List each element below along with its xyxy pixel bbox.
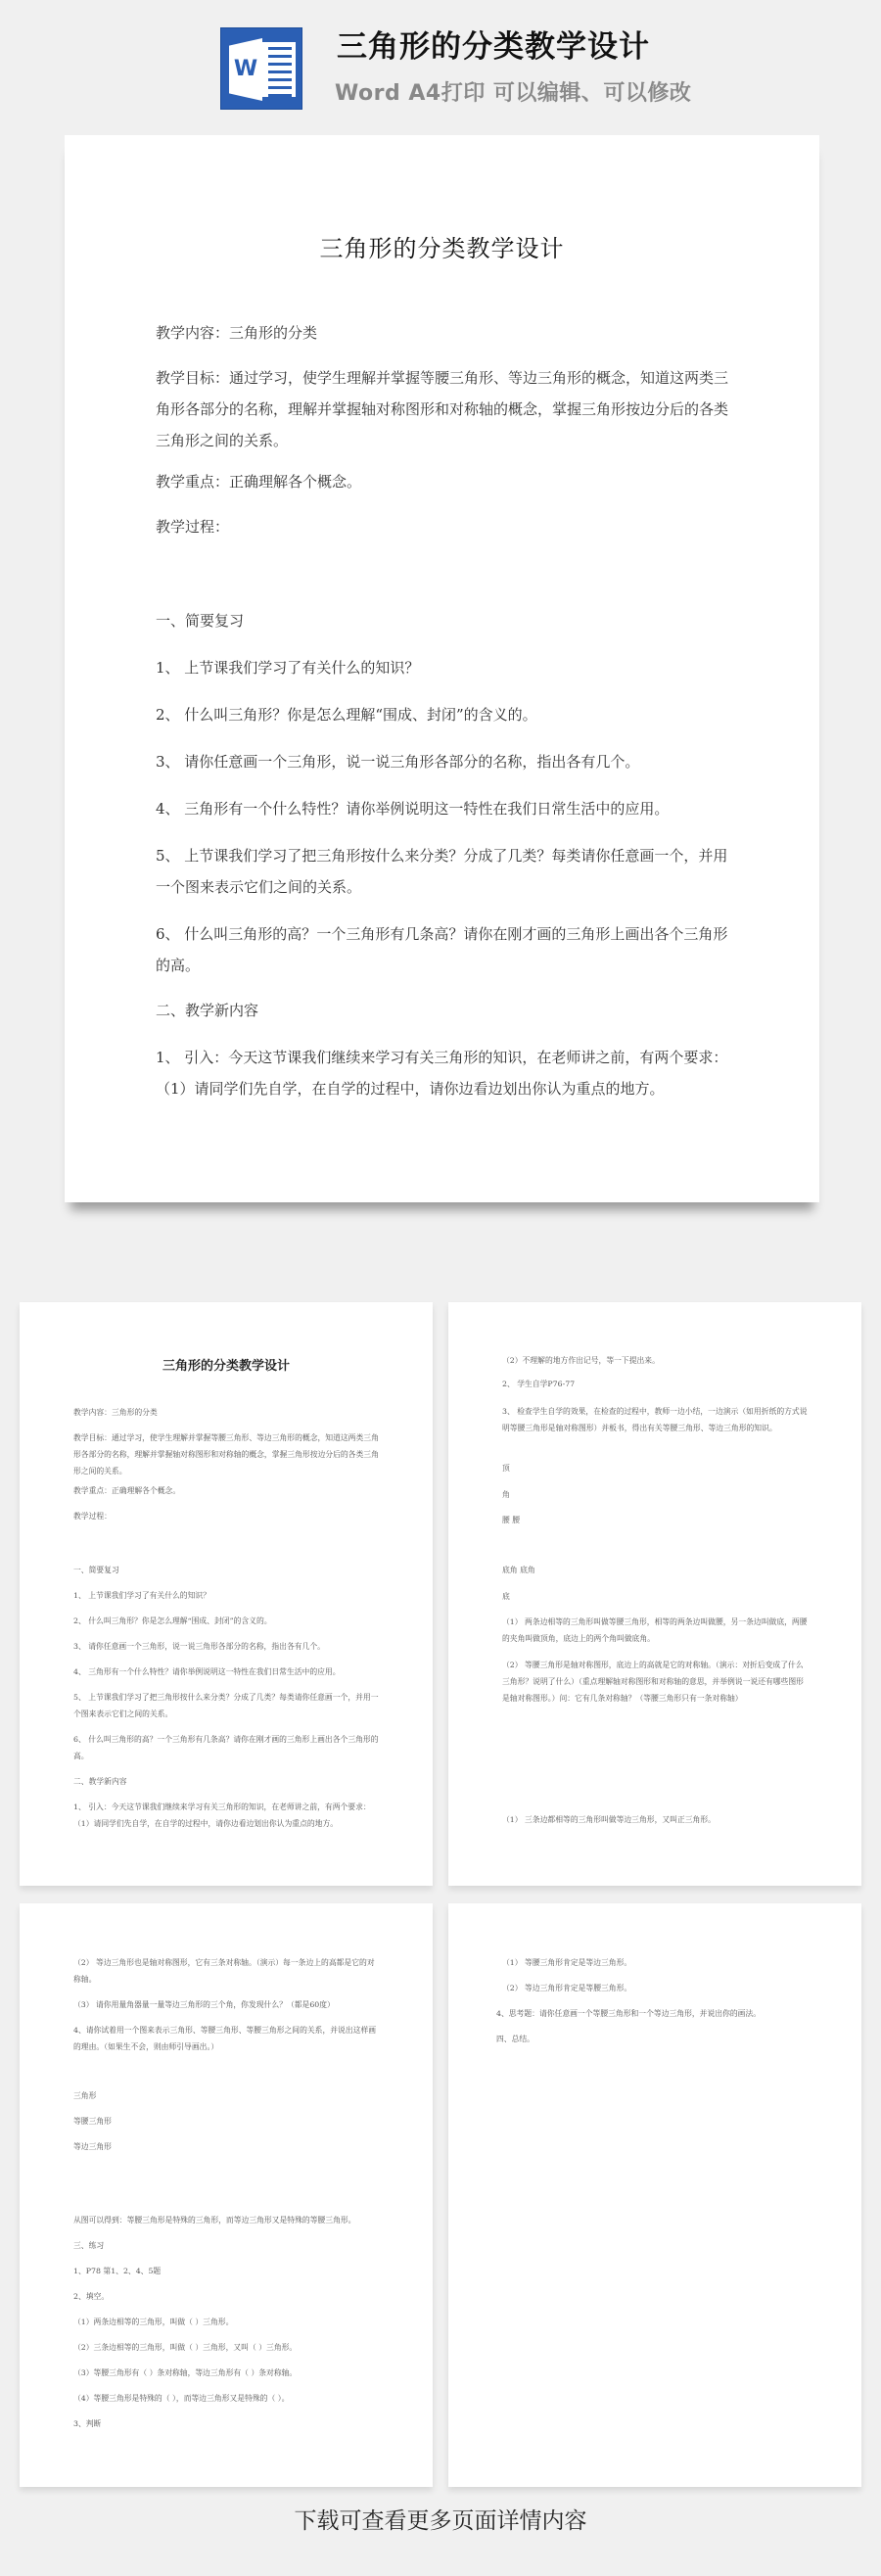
list-item: （2） 等边三角形肯定是等腰三角形。 [502, 1980, 808, 1996]
section-heading: 一、简要复习 [73, 1562, 379, 1578]
main-page-preview: 三角形的分类教学设计 教学内容：三角形的分类 教学目标：通过学习，使学生理解并掌… [65, 135, 819, 1202]
diagram-label: 角 [502, 1486, 808, 1503]
list-item: （2）三条边相等的三角形，叫做（ ）三角形，又叫（ ）三角形。 [73, 2339, 379, 2356]
paragraph: 教学目标：通过学习，使学生理解并掌握等腰三角形、等边三角形的概念，知道这两类三角… [73, 1429, 379, 1479]
list-item: （1）两条边相等的三角形，叫做（ ）三角形。 [73, 2314, 379, 2330]
list-item: 4、请你试着用一个图来表示三角形、等腰三角形、等腰三角形之间的关系，并说出这样画… [73, 2022, 379, 2055]
list-item: 5、 上节课我们学习了把三角形按什么来分类？分成了几类？每类请你任意画一个，并用… [156, 840, 733, 903]
document-title: 三角形的分类教学设计 [65, 229, 819, 263]
paragraph: （3） 请你用量角器量一量等边三角形的三个角，你发现什么？（都是60度） [73, 1996, 379, 2013]
banner-subtitle: Word A4打印 可以编辑、可以修改 [335, 76, 691, 107]
paragraph: （2） 等腰三角形是轴对称图形，底边上的高就是它的对称轴。（演示：对折后变成了什… [502, 1657, 808, 1707]
list-item: 6、 什么叫三角形的高？一个三角形有几条高？请你在刚才画的三角形上画出各个三角形… [73, 1731, 379, 1764]
diagram-label: 底 [502, 1588, 808, 1605]
list-item: 3、判断 [73, 2415, 379, 2432]
list-item: 2、 学生自学P76-77 [502, 1376, 808, 1392]
section-heading: 三、练习 [73, 2237, 379, 2254]
list-item: 3、 请你任意画一个三角形，说一说三角形各部分的名称，指出各有几个。 [73, 1638, 379, 1655]
paragraph: 教学内容：三角形的分类 [73, 1404, 379, 1421]
diagram-label: 底角 底角 [502, 1562, 808, 1578]
paragraph: 教学目标：通过学习，使学生理解并掌握等腰三角形、等边三角形的概念，知道这两类三角… [156, 362, 733, 456]
list-item: 1、 上节课我们学习了有关什么的知识？ [156, 652, 733, 683]
download-more-text[interactable]: 下载可查看更多页面详情内容 [0, 2503, 881, 2535]
list-item: 2、 什么叫三角形？你是怎么理解“围成、封闭”的含义的。 [156, 699, 733, 730]
list-item: 4、 三角形有一个什么特性？请你举例说明这一特性在我们日常生活中的应用。 [156, 793, 733, 824]
diagram-label: 三角形 [73, 2087, 379, 2104]
diagram-label: 顶 [502, 1460, 808, 1476]
paragraph: 教学重点：正确理解各个概念。 [156, 466, 733, 497]
list-item: 2、 什么叫三角形？你是怎么理解“围成、封闭”的含义的。 [73, 1613, 379, 1629]
list-item: 3、 请你任意画一个三角形，说一说三角形各部分的名称，指出各有几个。 [156, 746, 733, 777]
diagram-label: 等腰三角形 [73, 2113, 379, 2130]
section-heading: 二、教学新内容 [156, 995, 733, 1026]
list-item: 2、填空。 [73, 2288, 379, 2305]
list-item: （1） 等腰三角形肯定是等边三角形。 [502, 1954, 808, 1971]
list-item: 1、 上节课我们学习了有关什么的知识？ [73, 1587, 379, 1604]
thumbnail-page-2[interactable]: （2）不理解的地方作出记号，等一下提出来。 2、 学生自学P76-77 3、 检… [448, 1302, 861, 1886]
paragraph: （1） 两条边相等的三角形叫做等腰三角形，相等的两条边叫做腰，另一条边叫做底，两… [502, 1614, 808, 1647]
list-item: （4）等腰三角形是特殊的（ ），而等边三角形又是特殊的（ ）。 [73, 2390, 379, 2407]
list-item: 1、 引入：今天这节课我们继续来学习有关三角形的知识，在老师讲之前，有两个要求：… [156, 1042, 733, 1104]
list-item: 1、P78 第1、2、4、5题 [73, 2263, 379, 2279]
header-banner: W 三角形的分类教学设计 Word A4打印 可以编辑、可以修改 [0, 0, 881, 127]
paragraph: 从图可以得到：等腰三角形是特殊的三角形，而等边三角形又是特殊的等腰三角形。 [73, 2212, 379, 2228]
diagram-label: 等边三角形 [73, 2138, 379, 2155]
banner-title: 三角形的分类教学设计 [337, 22, 650, 66]
paragraph: 教学内容：三角形的分类 [156, 317, 733, 349]
paragraph: 教学重点：正确理解各个概念。 [73, 1482, 379, 1499]
section-heading: 一、简要复习 [156, 605, 733, 636]
section-heading: 二、教学新内容 [73, 1773, 379, 1790]
list-item: 3、 检查学生自学的效果，在检查的过程中，教师一边小结，一边演示（如用折纸的方式… [502, 1403, 808, 1436]
list-item: 4、 三角形有一个什么特性？请你举例说明这一特性在我们日常生活中的应用。 [73, 1663, 379, 1680]
word-letter: W [229, 56, 262, 83]
paragraph: （1） 三条边都相等的三角形叫做等边三角形，又叫正三角形。 [502, 1811, 808, 1828]
paragraph: 教学过程： [156, 511, 733, 542]
thumbnail-title: 三角形的分类教学设计 [20, 1355, 433, 1374]
diagram-label: 腰 腰 [502, 1512, 808, 1528]
paragraph: （2）不理解的地方作出记号，等一下提出来。 [502, 1352, 808, 1369]
thumbnail-page-4[interactable]: （1） 等腰三角形肯定是等边三角形。 （2） 等边三角形肯定是等腰三角形。 4、… [448, 1903, 861, 2487]
list-item: （3）等腰三角形有（ ）条对称轴，等边三角形有（ ）条对称轴。 [73, 2365, 379, 2381]
thumbnail-page-3[interactable]: （2） 等边三角形也是轴对称图形，它有三条对称轴。（演示）每一条边上的高都是它的… [20, 1903, 433, 2487]
thumbnail-page-1[interactable]: 三角形的分类教学设计 教学内容：三角形的分类 教学目标：通过学习，使学生理解并掌… [20, 1302, 433, 1886]
word-icon: W [220, 27, 302, 110]
section-heading: 四、总结。 [496, 2031, 802, 2047]
list-item: 1、 引入：今天这节课我们继续来学习有关三角形的知识，在老师讲之前，有两个要求：… [73, 1799, 379, 1832]
paragraph: 教学过程： [73, 1508, 379, 1524]
list-item: 6、 什么叫三角形的高？一个三角形有几条高？请你在刚才画的三角形上画出各个三角形… [156, 918, 733, 981]
list-item: 4、思考题：请你任意画一个等腰三角形和一个等边三角形，并说出你的画法。 [496, 2005, 802, 2022]
list-item: 5、 上节课我们学习了把三角形按什么来分类？分成了几类？每类请你任意画一个，并用… [73, 1689, 379, 1722]
document-lines-icon [262, 42, 296, 97]
paragraph: （2） 等边三角形也是轴对称图形，它有三条对称轴。（演示）每一条边上的高都是它的… [73, 1954, 379, 1988]
